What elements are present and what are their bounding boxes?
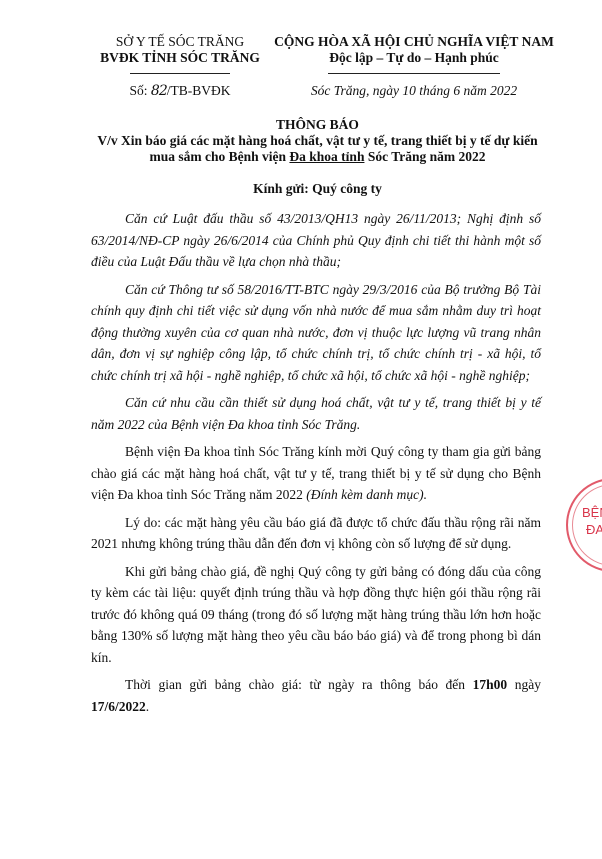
national-motto: Độc lập – Tự do – Hạnh phúc	[268, 50, 560, 66]
attachment-note: (Đính kèm danh mục).	[306, 487, 427, 502]
document-title: THÔNG BÁO V/v Xin báo giá các mặt hàng h…	[80, 117, 555, 165]
deadline-text: Thời gian gửi bảng chào giá: từ ngày ra …	[125, 677, 473, 692]
national-heading: CỘNG HÒA XÃ HỘI CHỦ NGHĨA VIỆT NAM Độc l…	[268, 34, 560, 99]
subject-underlined: Đa khoa tỉnh	[289, 149, 364, 164]
reason-paragraph: Lý do: các mặt hàng yêu cầu báo giá đã đ…	[91, 512, 541, 555]
red-seal-stamp: BỆN ĐA	[566, 478, 602, 572]
deadline-time: 17h00	[473, 677, 508, 692]
deadline-date: 17/6/2022	[91, 699, 146, 714]
invitation-paragraph: Bệnh viện Đa khoa tỉnh Sóc Trăng kính mờ…	[91, 441, 541, 506]
motto-divider	[328, 73, 500, 74]
nation-title: CỘNG HÒA XÃ HỘI CHỦ NGHĨA VIỆT NAM	[268, 34, 560, 50]
requirements-paragraph: Khi gửi bảng chào giá, đề nghị Quý công …	[91, 561, 541, 669]
deadline-text: ngày	[507, 677, 541, 692]
subject-line-1: V/v Xin báo giá các mặt hàng hoá chất, v…	[80, 133, 555, 149]
issuer-block: SỞ Y TẾ SÓC TRĂNG BVĐK TỈNH SÓC TRĂNG Số…	[100, 34, 260, 99]
number-suffix: /TB-BVĐK	[167, 83, 231, 98]
title-heading: THÔNG BÁO	[80, 117, 555, 133]
greeting: Kính gửi: Quý công ty	[80, 181, 555, 197]
legal-basis-paragraph-3: Căn cứ nhu cầu cần thiết sử dụng hoá chấ…	[91, 392, 541, 435]
department-name: SỞ Y TẾ SÓC TRĂNG	[100, 34, 260, 50]
subject-part: Sóc Trăng năm 2022	[364, 149, 485, 164]
place-date: Sóc Trăng, ngày 10 tháng 6 năm 2022	[268, 83, 560, 99]
subject-line-2: mua sắm cho Bệnh viện Đa khoa tỉnh Sóc T…	[80, 149, 555, 165]
legal-basis-paragraph-2: Căn cứ Thông tư số 58/2016/TT-BTC ngày 2…	[91, 279, 541, 387]
issuer-divider	[130, 73, 230, 74]
stamp-text: BỆN	[582, 505, 602, 520]
number-prefix: Số:	[130, 83, 151, 98]
subject-part: mua sắm cho Bệnh viện	[150, 149, 290, 164]
deadline-text: .	[146, 699, 149, 714]
handwritten-number: 82	[151, 83, 167, 99]
document-number: Số: 82/TB-BVĐK	[100, 83, 260, 99]
document-body: Căn cứ Luật đấu thầu số 43/2013/QH13 ngà…	[91, 208, 541, 723]
deadline-paragraph: Thời gian gửi bảng chào giá: từ ngày ra …	[91, 674, 541, 717]
stamp-text: ĐA	[586, 522, 602, 537]
hospital-name: BVĐK TỈNH SÓC TRĂNG	[100, 50, 260, 66]
legal-basis-paragraph-1: Căn cứ Luật đấu thầu số 43/2013/QH13 ngà…	[91, 208, 541, 273]
